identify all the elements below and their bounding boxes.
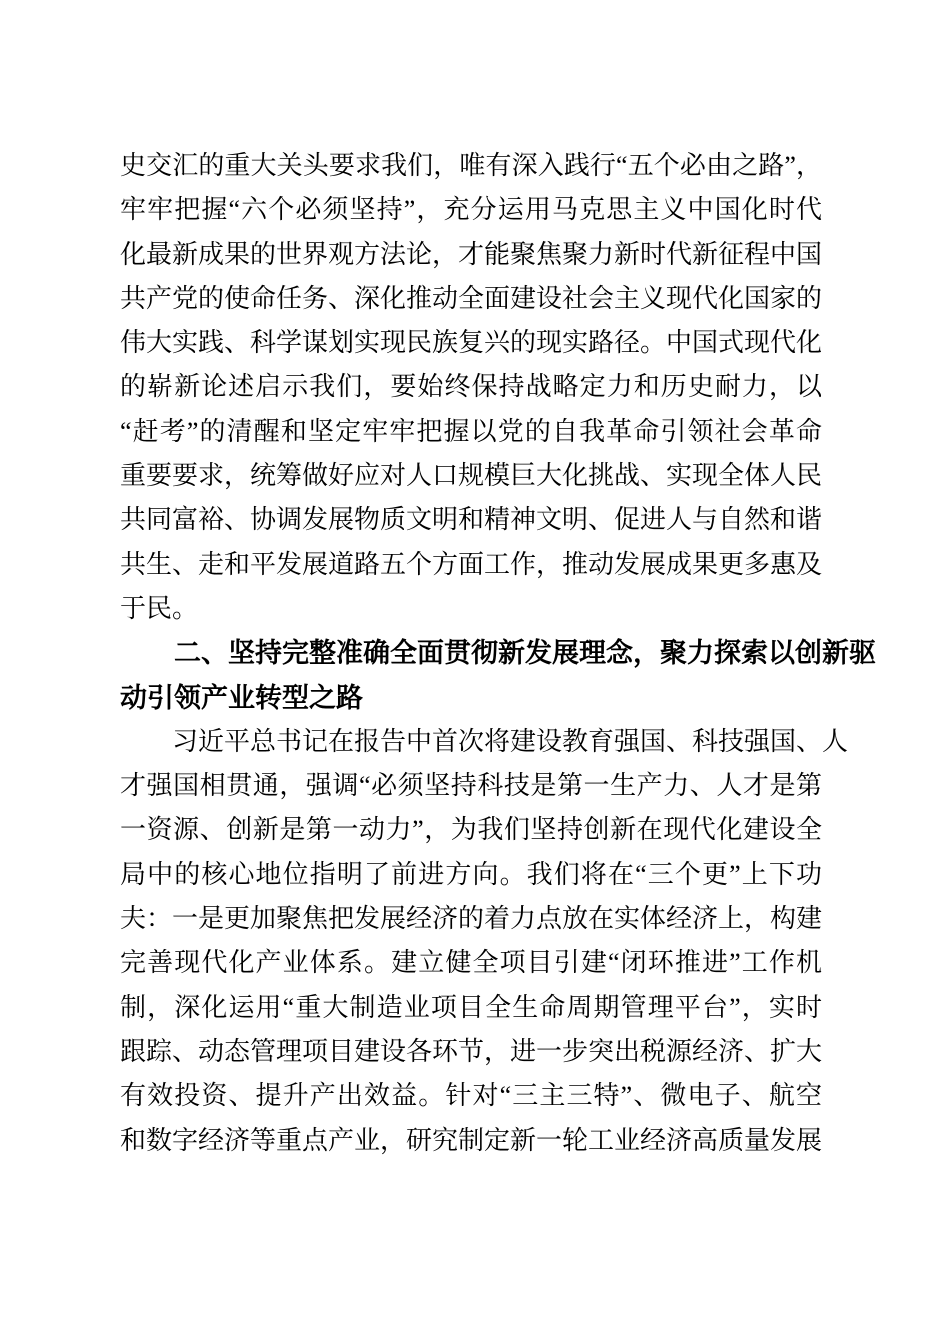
text-line: 和数字经济等重点产业，研究制定新一轮工业经济高质量发展	[120, 1119, 822, 1163]
text-line: 共生、走和平发展道路五个方面工作，推动发展成果更多惠及	[120, 543, 822, 587]
document-content: 史交汇的重大关头要求我们，唯有深入践行“五个必由之路”，牢牢把握“六个必须坚持”…	[120, 144, 822, 1163]
text-line: 共产党的使命任务、深化推动全面建设社会主义现代化国家的	[120, 277, 822, 321]
text-line: 共同富裕、协调发展物质文明和精神文明、促进人与自然和谐	[120, 498, 822, 542]
text-line: 史交汇的重大关头要求我们，唯有深入践行“五个必由之路”，	[120, 144, 822, 188]
text-line: 局中的核心地位指明了前进方向。我们将在“三个更”上下功	[120, 853, 822, 897]
text-line: 动引领产业转型之路	[120, 676, 822, 720]
section-heading: 二、坚持完整准确全面贯彻新发展理念，聚力探索以创新驱动引领产业转型之路	[120, 631, 822, 720]
body-paragraph: 史交汇的重大关头要求我们，唯有深入践行“五个必由之路”，牢牢把握“六个必须坚持”…	[120, 144, 822, 631]
text-line: 化最新成果的世界观方法论，才能聚焦聚力新时代新征程中国	[120, 233, 822, 277]
body-paragraph: 习近平总书记在报告中首次将建设教育强国、科技强国、人才强国相贯通，强调“必须坚持…	[120, 720, 822, 1163]
text-line: 夫：一是更加聚焦把发展经济的着力点放在实体经济上，构建	[120, 897, 822, 941]
text-line: 重要要求，统筹做好应对人口规模巨大化挑战、实现全体人民	[120, 454, 822, 498]
text-line: 习近平总书记在报告中首次将建设教育强国、科技强国、人	[120, 720, 822, 764]
text-line: 的崭新论述启示我们，要始终保持战略定力和历史耐力，以	[120, 365, 822, 409]
text-line: 于民。	[120, 587, 822, 631]
text-line: 二、坚持完整准确全面贯彻新发展理念，聚力探索以创新驱	[120, 631, 822, 675]
text-line: 完善现代化产业体系。建立健全项目引建“闭环推进”工作机	[120, 941, 822, 985]
text-line: 一资源、创新是第一动力”，为我们坚持创新在现代化建设全	[120, 808, 822, 852]
text-line: 有效投资、提升产出效益。针对“三主三特”、微电子、航空	[120, 1074, 822, 1118]
text-line: 伟大实践、科学谋划实现民族复兴的现实路径。中国式现代化	[120, 321, 822, 365]
text-line: 跟踪、动态管理项目建设各环节，进一步突出税源经济、扩大	[120, 1030, 822, 1074]
text-line: 才强国相贯通，强调“必须坚持科技是第一生产力、人才是第	[120, 764, 822, 808]
text-line: 牢牢把握“六个必须坚持”，充分运用马克思主义中国化时代	[120, 188, 822, 232]
document-page: 史交汇的重大关头要求我们，唯有深入践行“五个必由之路”，牢牢把握“六个必须坚持”…	[0, 0, 950, 1344]
text-line: 制，深化运用“重大制造业项目全生命周期管理平台”，实时	[120, 986, 822, 1030]
text-line: “赶考”的清醒和坚定牢牢把握以党的自我革命引领社会革命	[120, 410, 822, 454]
